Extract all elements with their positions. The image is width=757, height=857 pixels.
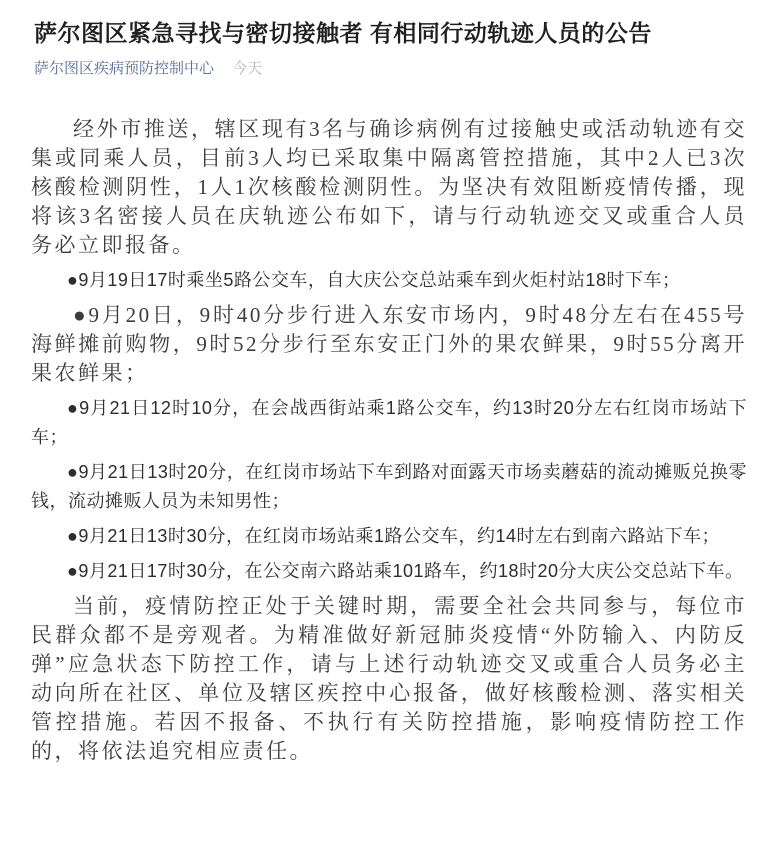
track-item: ●9月21日12时10分，在会战西街站乘1路公交车，约13时20分左右红岗市场站… [31,394,747,452]
intro-paragraph: 经外市推送，辖区现有3名与确诊病例有过接触史或活动轨迹有交集或同乘人员，目前3人… [31,115,747,260]
track-item: ●9月20日，9时40分步行进入东安市场内，9时48分左右在455号海鲜摊前购物… [31,301,747,388]
article-title: 萨尔图区紧急寻找与密切接触者 有相同行动轨迹人员的公告 [34,18,747,48]
article-page: 萨尔图区紧急寻找与密切接触者 有相同行动轨迹人员的公告 萨尔图区疾病预防控制中心… [0,0,757,766]
closing-paragraph: 当前，疫情防控正处于关键时期，需要全社会共同参与，每位市民群众都不是旁观者。为精… [31,592,747,766]
article-body: 经外市推送，辖区现有3名与确诊病例有过接触史或活动轨迹有交集或同乘人员，目前3人… [31,115,747,766]
article-meta: 萨尔图区疾病预防控制中心 今天 [34,58,747,79]
track-item: ●9月21日13时20分，在红岗市场站下车到路对面露天市场卖蘑菇的流动摊贩兑换零… [31,458,747,516]
track-item: ●9月21日17时30分，在公交南六路站乘101路车，约18时20分大庆公交总站… [31,557,747,586]
account-name-link[interactable]: 萨尔图区疾病预防控制中心 [34,60,214,77]
track-item: ●9月21日13时30分，在红岗市场站乘1路公交车，约14时左右到南六路站下车； [31,522,747,551]
publish-time: 今天 [232,60,262,77]
track-item: ●9月19日17时乘坐5路公交车，自大庆公交总站乘车到火炬村站18时下车； [31,266,747,295]
